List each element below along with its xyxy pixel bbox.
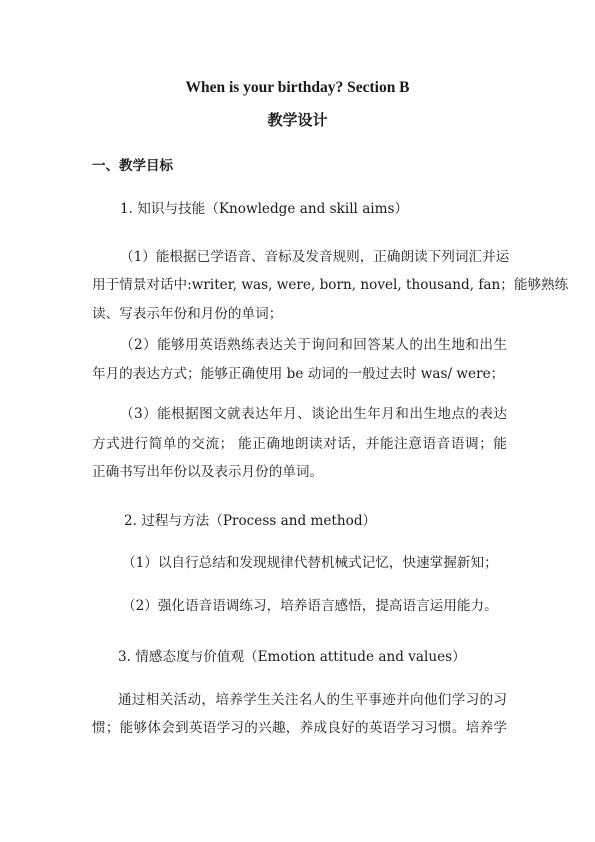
process-item-2: （2）强化语音语调练习，培养语言感悟，提高语言运用能力。	[122, 597, 498, 615]
emotion-paragraph-line-1: 通过相关活动，培养学生关注名人的生平事迹并向他们学习的习	[118, 691, 507, 709]
section-heading-teaching-goals: 一、教学目标	[92, 157, 173, 175]
knowledge-item-1-line-3: 读、写表示年份和月份的单词；	[92, 305, 282, 323]
document-title: When is your birthday? Section B	[0, 79, 595, 97]
subsection-heading-process: 2. 过程与方法（Process and method）	[124, 512, 376, 530]
subsection-heading-knowledge: 1. 知识与技能（Knowledge and skill aims）	[120, 200, 408, 218]
knowledge-item-1-line-2: 用于情景对话中:writer, was, were, born, novel, …	[92, 276, 507, 294]
subsection-heading-emotion: 3. 情感态度与价值观（Emotion attitude and values）	[118, 648, 466, 666]
knowledge-item-3-line-1: （3）能根据图文就表达年月、谈论出生年月和出生地点的表达	[120, 405, 507, 423]
document-subtitle: 教学设计	[0, 111, 595, 129]
knowledge-item-3-line-2: 方式进行简单的交流； 能正确地朗读对话，并能注意语音语调；能	[92, 435, 507, 453]
knowledge-item-2-line-1: （2）能够用英语熟练表达关于询问和回答某人的出生地和出生	[120, 336, 507, 354]
knowledge-item-3-line-3: 正确书写出年份以及表示月份的单词。	[92, 463, 323, 481]
emotion-paragraph-line-2: 惯；能够体会到英语学习的兴趣，养成良好的英语学习习惯。培养学	[92, 719, 507, 737]
knowledge-item-1-line-1: （1）能根据已学语音、音标及发音规则，正确朗读下列词汇并运	[120, 248, 507, 266]
knowledge-item-2-line-2: 年月的表达方式；能够正确使用 be 动词的一般过去时 was/ were；	[92, 365, 504, 383]
process-item-1: （1）以自行总结和发现规律代替机械式记忆，快速掌握新知；	[122, 554, 498, 572]
